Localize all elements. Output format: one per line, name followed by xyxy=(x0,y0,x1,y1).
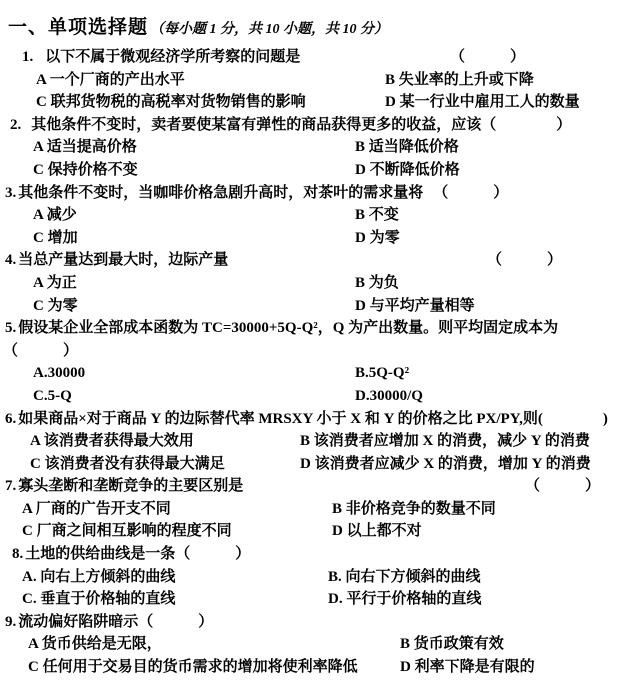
option-a: A 该消费者获得最大效用 xyxy=(30,433,194,449)
option-row: A 一个厂商的产出水平B 失业率的上升或下降 xyxy=(0,69,628,92)
option-row: A. 向右上方倾斜的曲线B. 向右下方倾斜的曲线 xyxy=(0,566,628,589)
option-row: C 联邦货物税的高税率对货物销售的影响D 某一行业中雇用工人的数量 xyxy=(0,91,628,114)
question-number: 4. xyxy=(5,249,16,272)
option-d: D.30000/Q xyxy=(355,385,423,408)
question-number: 3. xyxy=(5,182,16,205)
question-number: 6. xyxy=(5,408,16,431)
option-row: C 该消费者没有获得最大满足D 该消费者应减少 X 的消费，增加 Y 的消费 xyxy=(0,453,628,476)
question-8: 8.土地的供给曲线是一条（ ）A. 向右上方倾斜的曲线B. 向右下方倾斜的曲线C… xyxy=(0,543,628,611)
answer-bracket: （ ） xyxy=(175,546,250,562)
option-a: A 一个厂商的产出水平 xyxy=(36,72,185,88)
question-stem: 其他条件不变时，当咖啡价格急剧升高时，对茶叶的需求量将 xyxy=(18,185,423,201)
option-c: C 该消费者没有获得最大满足 xyxy=(30,456,225,472)
option-d: D 为零 xyxy=(355,227,400,250)
option-c: C 为零 xyxy=(33,298,78,314)
answer-bracket-line: （ ） xyxy=(0,340,628,363)
question-number: 8. xyxy=(12,543,23,566)
exam-document: 一、单项选择题（每小题 1 分，共 10 小题，共 10 分） 1.以下不属于微… xyxy=(0,0,628,686)
question-stem-line: 4.当总产量达到最大时，边际产量（ ） xyxy=(0,249,628,272)
question-2: 2.其他条件不变时，卖者要使某富有弹性的商品获得更多的收益，应该（ ）A 适当提… xyxy=(0,114,628,182)
question-stem: 寡头垄断和垄断竞争的主要区别是 xyxy=(18,478,243,494)
question-number: 9. xyxy=(5,611,16,634)
answer-bracket: （ ） xyxy=(138,614,213,630)
question-stem-line: 3.其他条件不变时，当咖啡价格急剧升高时，对茶叶的需求量将（ ） xyxy=(0,182,628,205)
option-a: A 厂商的广告开支不同 xyxy=(22,501,171,517)
option-a: A 适当提高价格 xyxy=(33,139,137,155)
question-3: 3.其他条件不变时，当咖啡价格急剧升高时，对茶叶的需求量将（ ）A 减少B 不变… xyxy=(0,182,628,250)
option-d: D 某一行业中雇用工人的数量 xyxy=(385,91,580,114)
section-header: 一、单项选择题（每小题 1 分，共 10 小题，共 10 分） xyxy=(0,12,628,46)
answer-bracket: （ ） xyxy=(450,46,525,69)
option-c: C.5-Q xyxy=(33,388,72,404)
option-row: C. 垂直于价格轴的直线D. 平行于价格轴的直线 xyxy=(0,588,628,611)
answer-bracket: （ ） xyxy=(433,185,508,201)
option-row: C 厂商之间相互影响的程度不同D 以上都不对 xyxy=(0,520,628,543)
option-row: A 货币供给是无限，B 货币政策有效 xyxy=(0,633,628,656)
question-stem-line: 5.假设某企业全部成本函数为 TC=30000+5Q-Q²，Q 为产出数量。则平… xyxy=(0,317,628,340)
answer-bracket: （ ） xyxy=(481,117,571,133)
option-a: A.30000 xyxy=(33,365,85,381)
question-number: 7. xyxy=(5,475,16,498)
question-number: 2. xyxy=(10,114,21,137)
question-number: 5. xyxy=(5,317,16,340)
option-row: C 保持价格不变D 不断降低价格 xyxy=(0,159,628,182)
option-d: D 以上都不对 xyxy=(332,520,422,543)
option-row: A 减少B 不变 xyxy=(0,204,628,227)
question-5: 5.假设某企业全部成本函数为 TC=30000+5Q-Q²，Q 为产出数量。则平… xyxy=(0,317,628,407)
option-row: C.5-QD.30000/Q xyxy=(0,385,628,408)
option-row: C 为零D 与平均产量相等 xyxy=(0,295,628,318)
option-b: B 适当降低价格 xyxy=(355,136,459,159)
question-1: 1.以下不属于微观经济学所考察的问题是（ ）A 一个厂商的产出水平B 失业率的上… xyxy=(0,46,628,114)
question-stem: 土地的供给曲线是一条 xyxy=(25,546,175,562)
option-c: C 任何用于交易目的货币需求的增加将使利率降低 xyxy=(28,659,358,675)
option-b: B 不变 xyxy=(355,204,399,227)
option-d: D 不断降低价格 xyxy=(355,159,460,182)
option-a: A 为正 xyxy=(33,275,77,291)
option-d: D 利率下降是有限的 xyxy=(400,656,535,679)
option-b: B 失业率的上升或下降 xyxy=(385,69,534,92)
option-d: D 与平均产量相等 xyxy=(355,295,475,318)
question-stem-line: 8.土地的供给曲线是一条（ ） xyxy=(0,543,628,566)
question-6: 6.如果商品×对于商品 Y 的边际替代率 MRSXY 小于 X 和 Y 的价格之… xyxy=(0,408,628,476)
option-row: A.30000B.5Q-Q² xyxy=(0,362,628,385)
option-a: A. 向右上方倾斜的曲线 xyxy=(22,569,175,585)
option-c: C 厂商之间相互影响的程度不同 xyxy=(22,523,232,539)
section-title: 一、单项选择题 xyxy=(8,16,148,38)
option-c: C. 垂直于价格轴的直线 xyxy=(22,591,175,607)
option-row: A 该消费者获得最大效用B 该消费者应增加 X 的消费，减少 Y 的消费 xyxy=(0,430,628,453)
option-row: C 任何用于交易目的货币需求的增加将使利率降低D 利率下降是有限的 xyxy=(0,656,628,679)
question-stem-line: 6.如果商品×对于商品 Y 的边际替代率 MRSXY 小于 X 和 Y 的价格之… xyxy=(0,408,628,431)
question-4: 4.当总产量达到最大时，边际产量（ ）A 为正B 为负C 为零D 与平均产量相等 xyxy=(0,249,628,317)
answer-bracket: （ ） xyxy=(525,475,600,498)
question-stem: 以下不属于微观经济学所考察的问题是 xyxy=(45,49,300,65)
option-row: A 为正B 为负 xyxy=(0,272,628,295)
option-row: C 增加D 为零 xyxy=(0,227,628,250)
option-b: B 货币政策有效 xyxy=(400,633,504,656)
option-b: B.5Q-Q² xyxy=(355,362,409,385)
question-list: 1.以下不属于微观经济学所考察的问题是（ ）A 一个厂商的产出水平B 失业率的上… xyxy=(0,46,628,679)
option-c: C 保持价格不变 xyxy=(33,162,138,178)
question-number: 1. xyxy=(22,46,33,69)
option-b: B. 向右下方倾斜的曲线 xyxy=(328,566,481,589)
question-stem: 假设某企业全部成本函数为 TC=30000+5Q-Q²，Q 为产出数量。则平均固… xyxy=(18,320,558,336)
question-stem-line: 9.流动偏好陷阱暗示（ ） xyxy=(0,611,628,634)
option-c: C 联邦货物税的高税率对货物销售的影响 xyxy=(36,94,306,110)
option-d: D 该消费者应减少 X 的消费，增加 Y 的消费 xyxy=(300,453,591,476)
question-stem-line: 2.其他条件不变时，卖者要使某富有弹性的商品获得更多的收益，应该（ ） xyxy=(0,114,628,137)
question-stem: 其他条件不变时，卖者要使某富有弹性的商品获得更多的收益，应该 xyxy=(31,117,481,133)
question-7: 7.寡头垄断和垄断竞争的主要区别是（ ）A 厂商的广告开支不同B 非价格竞争的数… xyxy=(0,475,628,543)
question-stem: 如果商品×对于商品 Y 的边际替代率 MRSXY 小于 X 和 Y 的价格之比 … xyxy=(18,411,538,427)
option-b: B 非价格竞争的数量不同 xyxy=(332,498,496,521)
question-stem-line: 7.寡头垄断和垄断竞争的主要区别是（ ） xyxy=(0,475,628,498)
question-stem: 流动偏好陷阱暗示 xyxy=(18,614,138,630)
option-a: A 减少 xyxy=(33,207,77,223)
section-subtitle: （每小题 1 分，共 10 小题，共 10 分） xyxy=(150,22,388,37)
question-stem-line: 1.以下不属于微观经济学所考察的问题是（ ） xyxy=(0,46,628,69)
question-9: 9.流动偏好陷阱暗示（ ）A 货币供给是无限，B 货币政策有效C 任何用于交易目… xyxy=(0,611,628,679)
option-row: A 适当提高价格B 适当降低价格 xyxy=(0,136,628,159)
option-d: D. 平行于价格轴的直线 xyxy=(328,588,481,611)
answer-bracket: （ ） xyxy=(3,343,78,359)
option-b: B 为负 xyxy=(355,272,399,295)
option-b: B 该消费者应增加 X 的消费，减少 Y 的消费 xyxy=(300,430,590,453)
option-row: A 厂商的广告开支不同B 非价格竞争的数量不同 xyxy=(0,498,628,521)
option-a: A 货币供给是无限， xyxy=(28,636,162,652)
answer-bracket: ( ) xyxy=(538,411,608,427)
question-stem: 当总产量达到最大时，边际产量 xyxy=(18,252,228,268)
option-c: C 增加 xyxy=(33,230,78,246)
answer-bracket: （ ） xyxy=(487,249,562,272)
